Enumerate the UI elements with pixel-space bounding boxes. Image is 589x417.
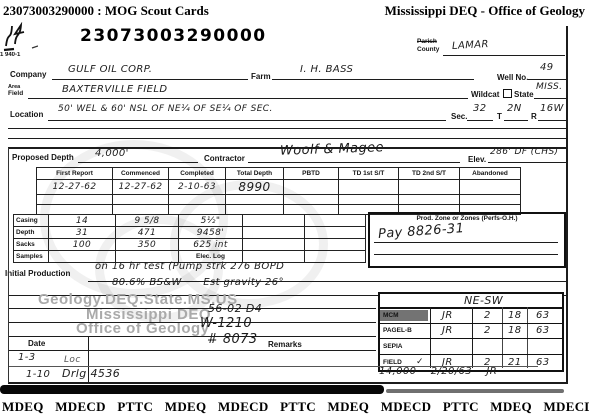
elevation-value: 286' DF (CHS): [490, 147, 558, 157]
column-header: First Report: [37, 168, 113, 180]
table-cell: 8990: [226, 180, 284, 195]
year-value: 63: [536, 310, 550, 321]
location-value: 50' WEL & 60' NSL OF NE¼ OF SE¼ OF SEC.: [58, 104, 273, 114]
year-value: 63: [536, 325, 550, 336]
divider: [538, 120, 566, 121]
table-cell: 625 int: [179, 239, 243, 251]
row-label: Depth: [14, 227, 49, 239]
state-value: MISS.: [536, 82, 562, 92]
table-cell: [339, 195, 399, 205]
card-left-border: [8, 148, 9, 383]
table-cell: [305, 227, 366, 239]
column-header: Commenced: [113, 168, 169, 180]
wildcat-checkbox: [503, 89, 512, 98]
field-value: BAXTERVILLE FIELD: [62, 84, 167, 95]
table-cell: 31: [49, 227, 116, 239]
page-title: 23073003290000 : MOG Scout Cards: [3, 3, 209, 19]
divider: [8, 382, 566, 384]
table-cell: [339, 180, 399, 195]
table-cell: [113, 195, 169, 205]
note-permit-number: W-1210: [200, 316, 252, 331]
initial-production-label: Initial Production: [5, 269, 70, 278]
stamp-table-header: NE-SW: [380, 294, 562, 309]
row-label: Casing: [14, 215, 49, 227]
divider: [467, 120, 493, 121]
scan-smear: [0, 385, 384, 394]
county-label: County: [417, 46, 439, 53]
table-cell: 12-27-62: [37, 180, 113, 195]
divider: [8, 350, 376, 351]
table-cell: [226, 205, 284, 215]
prod-zone-header: Prod. Zone or Zones (Perfs-O.H.): [370, 215, 564, 222]
stamp-row: PAGEL-B JR 2 18 63: [380, 324, 562, 339]
farm-label: Farm: [251, 72, 271, 81]
casing-table: Casing 14 9 5/8 5½" Depth 31 471 9458' S…: [13, 214, 366, 263]
table-cell: [284, 195, 339, 205]
sec-value: 32: [473, 103, 487, 114]
divider: [8, 308, 376, 309]
table-cell: [284, 180, 339, 195]
divider: [8, 138, 566, 139]
table-cell: [460, 180, 521, 195]
divider: [504, 120, 528, 121]
table-cell: [169, 205, 226, 215]
note-serial-number: # 8073: [207, 332, 258, 347]
table-cell: [460, 195, 521, 205]
quarter-call-value: NE-SW: [464, 294, 503, 307]
table-cell: 14: [49, 215, 116, 227]
parish-label: Parish: [417, 38, 437, 45]
date-column-label: Date: [28, 339, 45, 348]
log-remark: Drlg 4536: [62, 367, 120, 380]
range-value: 16W: [540, 103, 564, 114]
table-cell: [399, 195, 460, 205]
well-no-label: Well No.: [497, 73, 528, 82]
stamp-table-footer-note: 14,000 2/20/63 JR: [379, 366, 497, 377]
divider: [443, 55, 565, 56]
year-value: 63: [536, 357, 550, 368]
scout-card-page: 23073003290000 : MOG Scout Cards Mississ…: [0, 0, 589, 417]
day-value: 18: [508, 325, 522, 336]
table-cell: [399, 180, 460, 195]
field-label: Field: [8, 90, 23, 97]
table-cell: [305, 239, 366, 251]
table-cell: [37, 195, 113, 205]
divider: [272, 79, 474, 80]
divider: [528, 79, 566, 80]
company-label: Company: [10, 70, 46, 79]
divider: [78, 162, 198, 163]
agency-title: Mississippi DEQ - Office of Geology: [385, 3, 585, 19]
column-header: TD 1st S/T: [339, 168, 399, 180]
stamp-row-label: SEPIA: [383, 343, 403, 350]
township-value: 2N: [507, 103, 522, 114]
table-cell: [169, 195, 226, 205]
stamp-row: SEPIA: [380, 339, 562, 355]
footer-watermark-strip: MDEQ MDECD PTTC MDEQ MDECD PTTC MDEQ MDE…: [2, 399, 587, 415]
day-value: 18: [508, 310, 522, 321]
farm-value: I. H. BASS: [300, 64, 353, 75]
column-header: Total Depth: [226, 168, 284, 180]
table-cell: 471: [116, 227, 179, 239]
divider: [8, 128, 566, 129]
divider: [8, 336, 376, 337]
divider: [488, 162, 566, 163]
initials-value: JR: [442, 325, 453, 336]
contractor-label: Contractor: [204, 154, 245, 163]
column-header: PBTD: [284, 168, 339, 180]
proposed-depth-label: Proposed Depth: [12, 153, 74, 162]
column-header: Abandoned: [460, 168, 521, 180]
location-label: Location: [10, 110, 43, 119]
table-cell: 2-10-63: [169, 180, 226, 195]
column-header: Completed: [169, 168, 226, 180]
table-cell: [305, 251, 366, 263]
elevation-label: Elev.: [468, 155, 486, 164]
row-label: Sacks: [14, 239, 49, 251]
sec-label: Sec.: [451, 112, 467, 121]
initial-production-line1: on 16 hr test (Pump strk 276 BOPD: [95, 261, 284, 272]
row-label: Samples: [14, 251, 49, 263]
divider: [52, 79, 248, 80]
card-right-border: [566, 26, 568, 384]
wildcat-label: Wildcat: [471, 90, 499, 99]
stamp-routing-table: NE-SW MCM JR 2 18 63 PAGEL-B JR 2 18 63 …: [378, 292, 564, 372]
stamp-row-label: PAGEL-B: [383, 327, 412, 334]
stamp-row-label: MCM: [383, 312, 399, 319]
table-cell: [37, 205, 113, 215]
range-label: R: [531, 112, 537, 121]
table-cell: [284, 205, 339, 215]
stamp-row: MCM JR 2 18 63: [380, 309, 562, 324]
state-label: State: [514, 90, 534, 99]
divider: [8, 322, 376, 323]
log-date: 1-3: [18, 352, 36, 363]
initials-value: JR: [442, 310, 453, 321]
initial-production-line2: 80.6% BS&W Est gravity 26°: [112, 277, 284, 288]
log-remark: Loc: [64, 355, 81, 365]
township-label: T: [497, 112, 502, 121]
divider: [374, 254, 558, 255]
table-cell: [243, 227, 305, 239]
table-cell: 5½": [179, 215, 243, 227]
remarks-label: Remarks: [268, 340, 302, 349]
divider: [248, 162, 460, 163]
company-value: GULF OIL CORP.: [68, 64, 152, 75]
log-date: 1-10: [26, 369, 50, 380]
well-no-value: 49: [540, 62, 554, 73]
table-cell: 12-27-62: [113, 180, 169, 195]
prod-zone-box: Prod. Zone or Zones (Perfs-O.H.) Pay 882…: [368, 212, 566, 268]
month-value: 2: [484, 325, 491, 336]
county-value: LAMAR: [452, 39, 489, 52]
table-cell: 9458': [179, 227, 243, 239]
table-cell: [243, 239, 305, 251]
table-cell: 100: [49, 239, 116, 251]
divider: [48, 120, 446, 121]
proposed-depth-value: 4,000': [95, 148, 129, 159]
column-header: TD 2nd S/T: [399, 168, 460, 180]
pen-scribble: [2, 22, 38, 52]
divider: [374, 242, 558, 243]
table-cell: 350: [116, 239, 179, 251]
form-code: 1 940-1: [0, 52, 20, 58]
divider: [534, 98, 566, 99]
contractor-value: Woolf & Magee: [280, 140, 384, 159]
table-cell: [243, 215, 305, 227]
stamp-row-label: FIELD: [383, 359, 402, 366]
api-number-stamp: 23073003290000: [80, 26, 267, 46]
table-cell: [226, 195, 284, 205]
month-value: 2: [484, 310, 491, 321]
divider: [28, 98, 468, 99]
scan-smear: [386, 389, 564, 393]
table-cell: 9 5/8: [116, 215, 179, 227]
table-cell: [113, 205, 169, 215]
prod-zone-value: Pay 8826-31: [378, 221, 465, 242]
dates-table: First Report Commenced Completed Total D…: [36, 167, 521, 215]
table-cell: [305, 215, 366, 227]
